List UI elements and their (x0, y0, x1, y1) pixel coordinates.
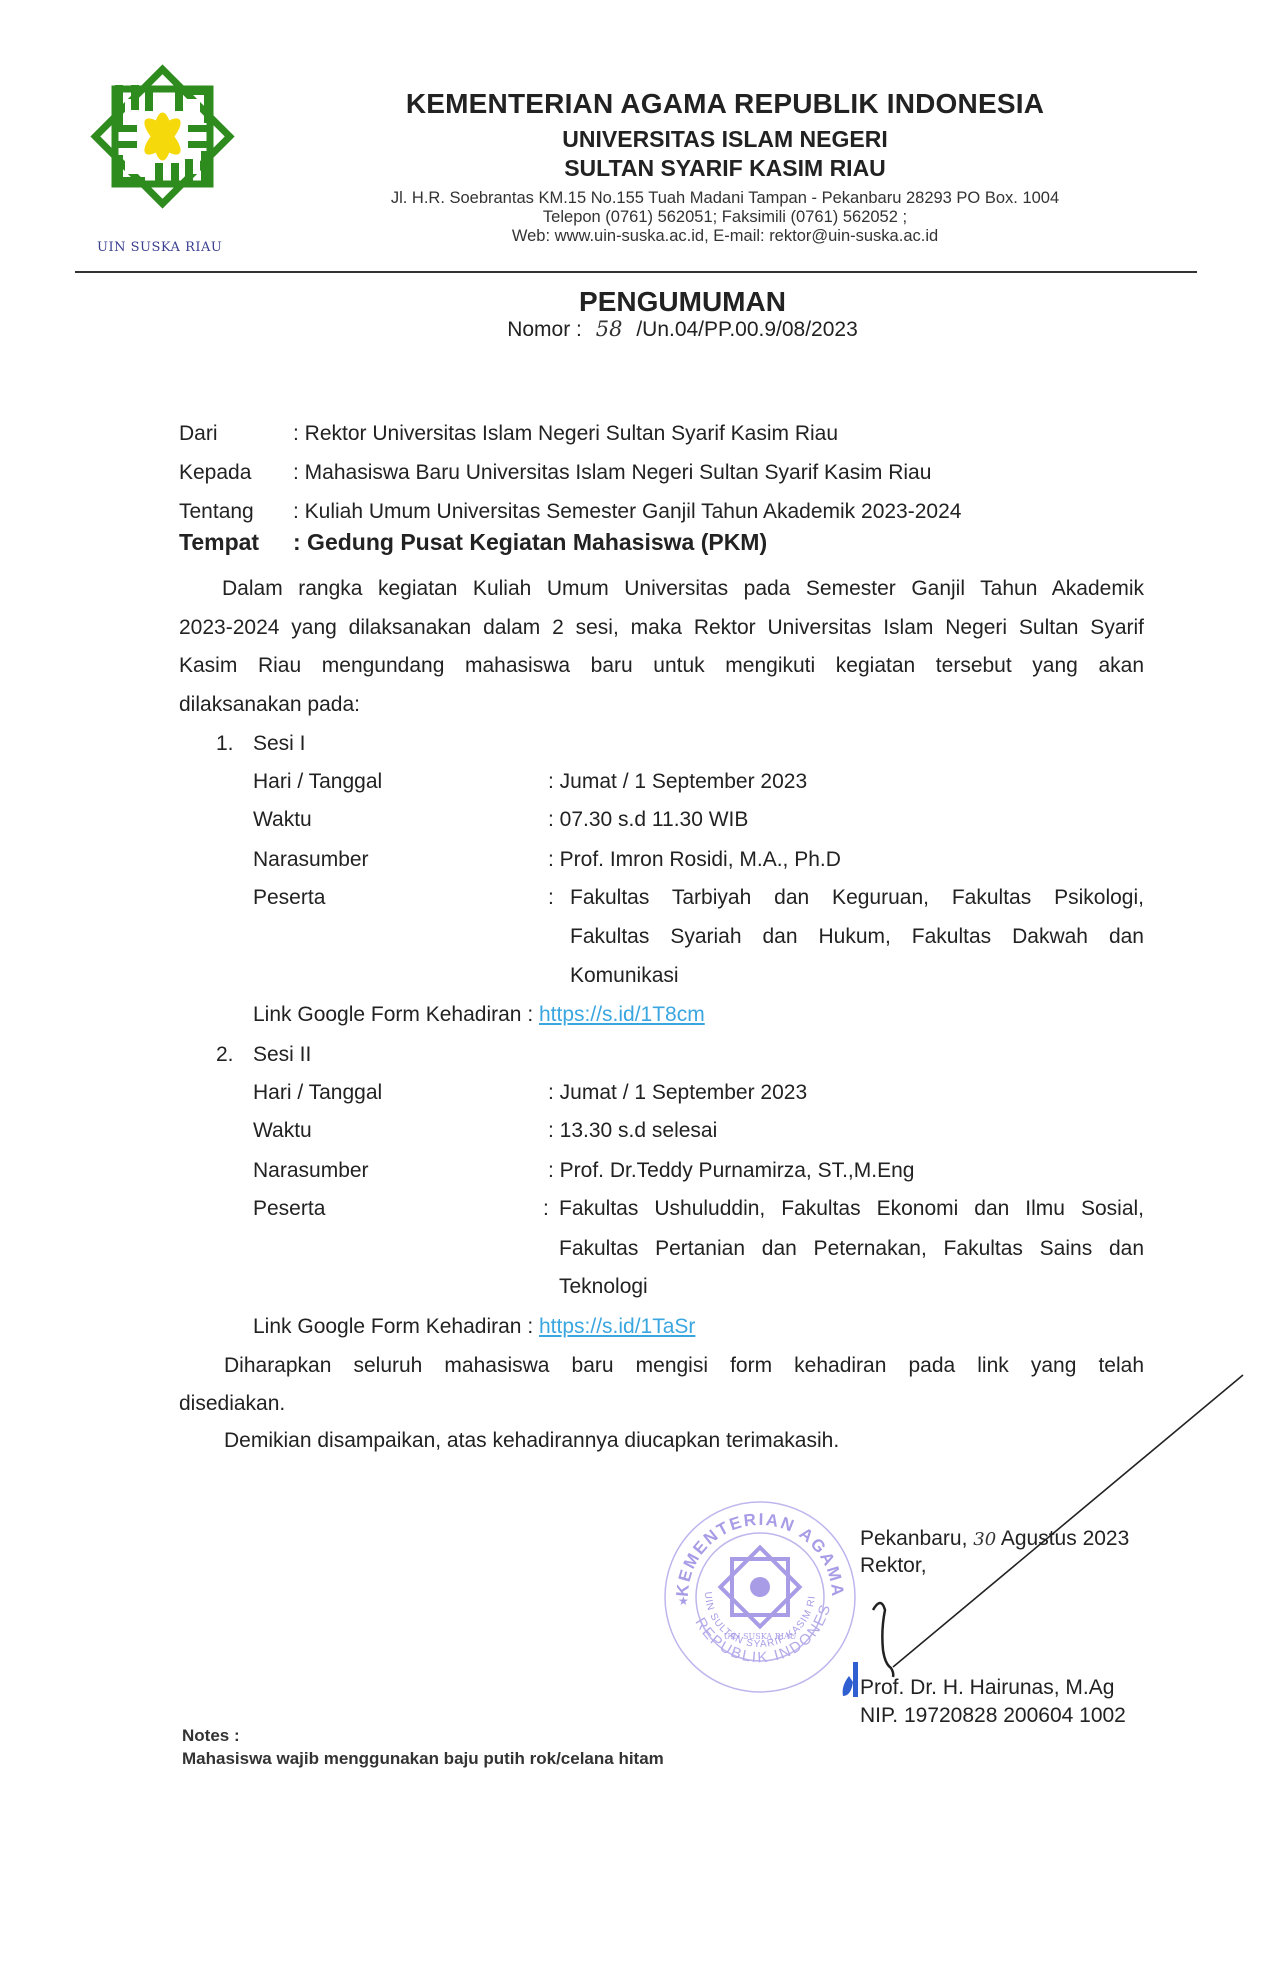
signer-position: Rektor, (860, 1554, 927, 1578)
signer-nip: NIP. 19720828 200604 1002 (860, 1704, 1126, 1728)
date-suffix: Agustus 2023 (1001, 1527, 1129, 1550)
notes-label: Notes : (182, 1726, 240, 1746)
date-handwritten: 30 (973, 1529, 996, 1550)
place-label: Pekanbaru, (860, 1527, 967, 1550)
signature-scribble-icon (0, 0, 1265, 1963)
place-date: Pekanbaru, 30 Agustus 2023 (860, 1527, 1129, 1551)
signer-name: Prof. Dr. H. Hairunas, M.Ag (860, 1676, 1114, 1700)
notes-text: Mahasiswa wajib menggunakan baju putih r… (182, 1749, 664, 1769)
